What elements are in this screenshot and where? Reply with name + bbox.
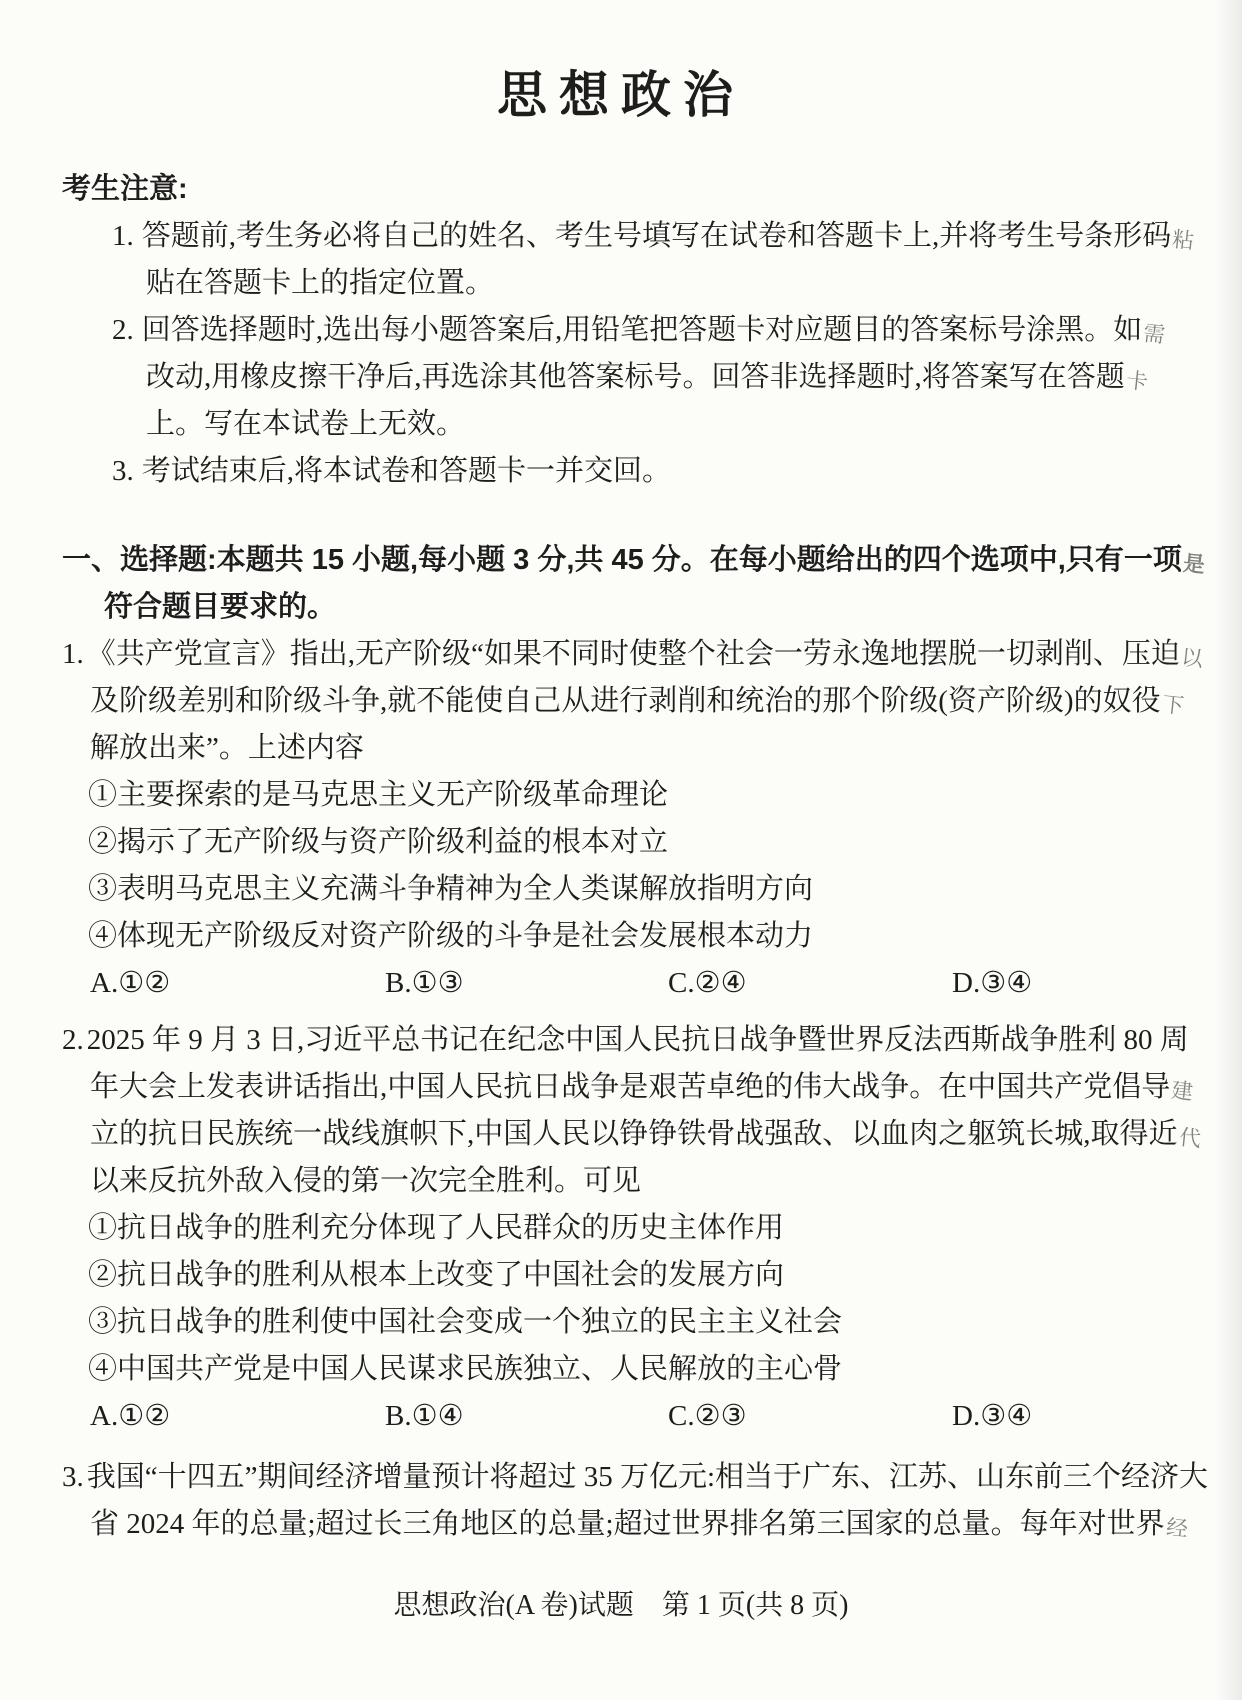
edge-clipped-char: 粘 — [1170, 219, 1196, 263]
question-2-answer-row: A.①② B.①④ C.②③ D.③④ — [0, 1393, 1242, 1440]
exam-paper-page: 思想政治 考生注意: 1.答题前,考生务必将自己的姓名、考生号填写在试卷和答题卡… — [0, 0, 1242, 1700]
notice-item-2-line-2: 改动,用橡皮擦干净后,再选涂其他答案标号。回答非选择题时,将答案写在答题卡 — [146, 354, 1242, 401]
notice-item-3-number: 3. — [112, 455, 134, 487]
question-2-stem-text-1: 2025 年 9 月 3 日,习近平总书记在纪念中国人民抗日战争暨世界反法西斯战… — [87, 1024, 1189, 1056]
notice-item-3-line-1: 3.考试结束后,将本试卷和答题卡一并交回。 — [112, 448, 1242, 495]
question-1-stem-text-3: 解放出来”。上述内容 — [90, 732, 364, 764]
edge-clipped-char: 需 — [1141, 313, 1167, 357]
question-2-stem-text-2: 年大会上发表讲话指出,中国人民抗日战争是艰苦卓绝的伟大战争。在中国共产党倡导 — [90, 1071, 1170, 1103]
notice-item-3-text-1: 考试结束后,将本试卷和答题卡一并交回。 — [142, 455, 671, 487]
question-2-stem-text-4: 以来反抗外敌入侵的第一次完全胜利。可见 — [90, 1165, 641, 1197]
question-3-stem-text-2: 省 2024 年的总量;超过长三角地区的总量;超过世界排名第三国家的总量。每年对… — [90, 1508, 1165, 1540]
edge-clipped-char: 是 — [1181, 542, 1207, 586]
notice-item-1-text-1: 答题前,考生务必将自己的姓名、考生号填写在试卷和答题卡上,并将考生号条形码 — [142, 220, 1172, 252]
question-3-stem-line-2: 省 2024 年的总量;超过长三角地区的总量;超过世界排名第三国家的总量。每年对… — [90, 1501, 1242, 1548]
notice-item-2-text-1: 回答选择题时,选出每小题答案后,用铅笔把答题卡对应题目的答案标号涂黑。如 — [142, 314, 1143, 346]
question-2-stem-line-2: 年大会上发表讲话指出,中国人民抗日战争是艰苦卓绝的伟大战争。在中国共产党倡导建 — [90, 1064, 1242, 1111]
question-1-stem-text-2: 及阶级差别和阶级斗争,就不能使自己从进行剥削和统治的那个阶级(资产阶级)的奴役 — [90, 685, 1161, 717]
question-1-answer-row: A.①② B.①③ C.②④ D.③④ — [0, 960, 1242, 1007]
question-2-statement-3: ③抗日战争的胜利使中国社会变成一个独立的民主主义社会 — [88, 1299, 1242, 1346]
question-3-stem-text-1: 我国“十四五”期间经济增量预计将超过 35 万亿元:相当于广东、江苏、山东前三个… — [87, 1461, 1208, 1493]
question-1-stem-line-2: 及阶级差别和阶级斗争,就不能使自己从进行剥削和统治的那个阶级(资产阶级)的奴役下 — [90, 678, 1242, 725]
question-2-choice-c: C.②③ — [668, 1393, 747, 1440]
question-3-number: 3. — [62, 1461, 84, 1493]
notice-item-2-line-3: 上。写在本试卷上无效。 — [146, 401, 1242, 448]
question-2-stem-line-1: 2.2025 年 9 月 3 日,习近平总书记在纪念中国人民抗日战争暨世界反法西… — [62, 1017, 1242, 1064]
question-1-statement-4: ④体现无产阶级反对资产阶级的斗争是社会发展根本动力 — [88, 913, 1242, 960]
edge-clipped-char: 建 — [1169, 1070, 1195, 1114]
question-2-choice-b: B.①④ — [385, 1393, 464, 1440]
question-1-number: 1. — [62, 638, 84, 670]
question-2-stem-line-3: 立的抗日民族统一战线旗帜下,中国人民以铮铮铁骨战强敌、以血肉之躯筑长城,取得近代 — [90, 1111, 1242, 1158]
question-1-choice-b: B.①③ — [385, 960, 464, 1007]
question-1-stem-line-1: 1.《共产党宣言》指出,无产阶级“如果不同时使整个社会一劳永逸地摆脱一切剥削、压… — [62, 631, 1242, 678]
question-3-stem-line-1: 3.我国“十四五”期间经济增量预计将超过 35 万亿元:相当于广东、江苏、山东前… — [62, 1454, 1242, 1501]
question-1-choice-a: A.①② — [90, 960, 170, 1007]
notice-item-1-line-1: 1.答题前,考生务必将自己的姓名、考生号填写在试卷和答题卡上,并将考生号条形码粘 — [112, 213, 1242, 260]
notice-item-2-number: 2. — [112, 314, 134, 346]
question-1-statement-2: ②揭示了无产阶级与资产阶级利益的根本对立 — [88, 819, 1242, 866]
notice-item-1-number: 1. — [112, 220, 134, 252]
section-header-text-2: 符合题目要求的。 — [104, 591, 336, 623]
question-2-stem-text-3: 立的抗日民族统一战线旗帜下,中国人民以铮铮铁骨战强敌、以血肉之躯筑长城,取得近 — [90, 1118, 1178, 1150]
question-1-stem-line-3: 解放出来”。上述内容 — [90, 725, 1242, 772]
question-2-number: 2. — [62, 1024, 84, 1056]
question-2-choice-a: A.①② — [90, 1393, 170, 1440]
question-2-statement-2: ②抗日战争的胜利从根本上改变了中国社会的发展方向 — [88, 1252, 1242, 1299]
question-1-statement-1: ①主要探索的是马克思主义无产阶级革命理论 — [88, 772, 1242, 819]
notice-item-2-line-1: 2.回答选择题时,选出每小题答案后,用铅笔把答题卡对应题目的答案标号涂黑。如需 — [112, 307, 1242, 354]
notice-item-1-line-2: 贴在答题卡上的指定位置。 — [146, 260, 1242, 307]
edge-clipped-char: 下 — [1160, 684, 1186, 728]
question-1-statement-3: ③表明马克思主义充满斗争精神为全人类谋解放指明方向 — [88, 866, 1242, 913]
question-2-statement-4: ④中国共产党是中国人民谋求民族独立、人民解放的主心骨 — [88, 1346, 1242, 1393]
notice-item-1-text-2: 贴在答题卡上的指定位置。 — [146, 267, 494, 299]
question-1-choice-d: D.③④ — [952, 960, 1032, 1007]
notice-item-2-text-2: 改动,用橡皮擦干净后,再选涂其他答案标号。回答非选择题时,将答案写在答题 — [146, 361, 1125, 393]
page-footer: 思想政治(A 卷)试题 第 1 页(共 8 页) — [0, 1582, 1242, 1629]
edge-clipped-char: 卡 — [1124, 360, 1150, 404]
question-1-choice-c: C.②④ — [668, 960, 747, 1007]
question-1-stem-text-1: 《共产党宣言》指出,无产阶级“如果不同时使整个社会一劳永逸地摆脱一切剥削、压迫 — [87, 638, 1180, 670]
question-2-stem-line-4: 以来反抗外敌入侵的第一次完全胜利。可见 — [90, 1158, 1242, 1205]
question-2-statement-1: ①抗日战争的胜利充分体现了人民群众的历史主体作用 — [88, 1205, 1242, 1252]
page-title: 思想政治 — [0, 62, 1242, 128]
section-header-line-2: 符合题目要求的。 — [104, 584, 1242, 631]
edge-clipped-char: 经 — [1164, 1507, 1190, 1551]
notice-heading: 考生注意: — [62, 166, 1242, 213]
page-content: 考生注意: 1.答题前,考生务必将自己的姓名、考生号填写在试卷和答题卡上,并将考… — [0, 166, 1242, 1548]
section-header-text-1: 一、选择题:本题共 15 小题,每小题 3 分,共 45 分。在每小题给出的四个… — [62, 544, 1182, 576]
question-2-choice-d: D.③④ — [952, 1393, 1032, 1440]
edge-clipped-char: 以 — [1179, 637, 1205, 681]
notice-item-2-text-3: 上。写在本试卷上无效。 — [146, 408, 465, 440]
edge-clipped-char: 代 — [1177, 1117, 1203, 1161]
section-header-line-1: 一、选择题:本题共 15 小题,每小题 3 分,共 45 分。在每小题给出的四个… — [62, 537, 1242, 584]
